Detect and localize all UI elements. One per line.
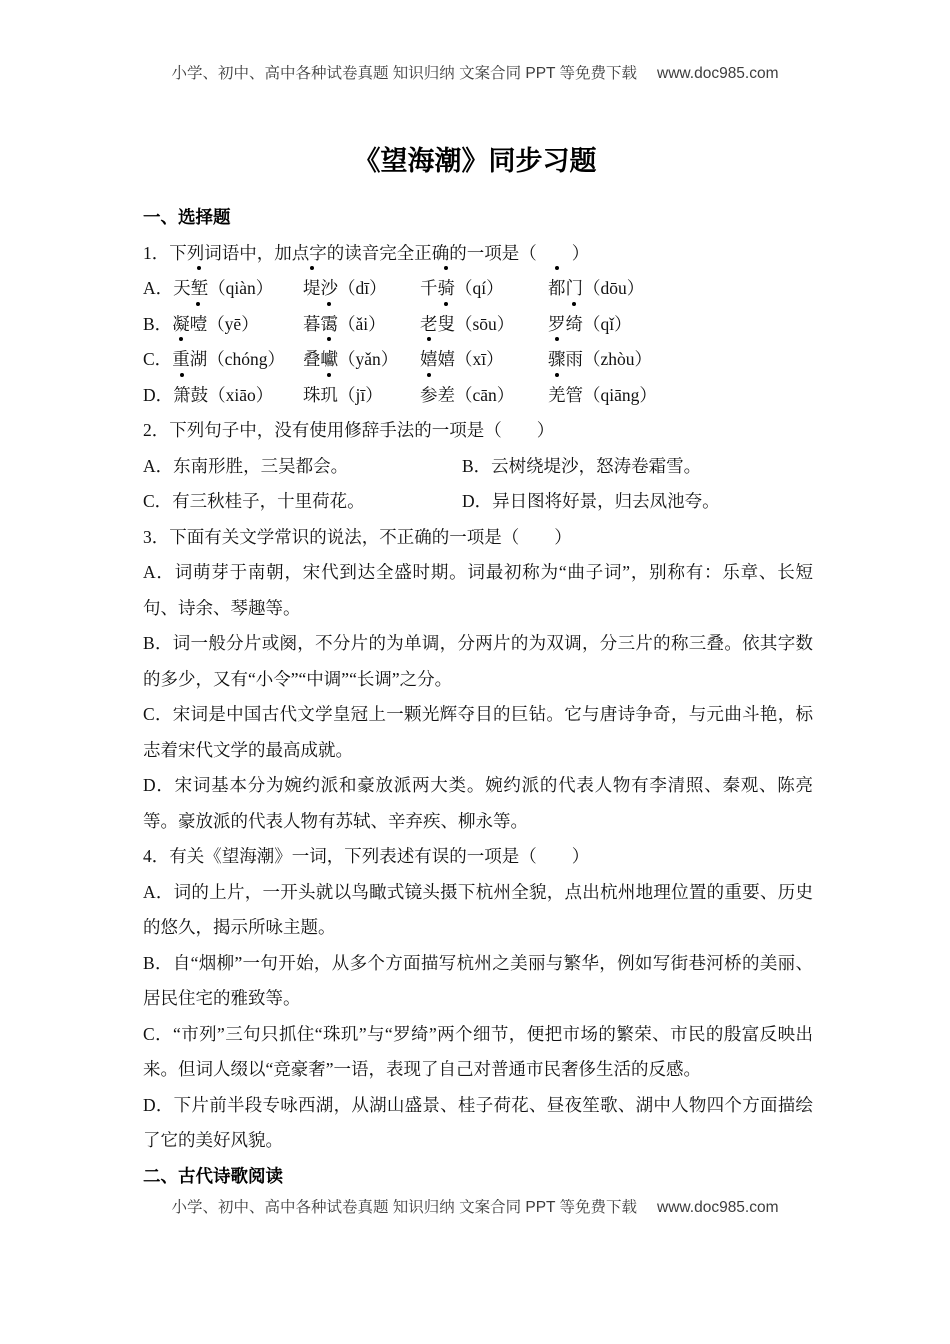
pinyin-word: 箫鼓（xiāo）	[173, 385, 273, 405]
pinyin-word: 珠玑（jī）	[303, 385, 383, 405]
option-cell: 骤雨（zhòu）	[548, 342, 813, 378]
doc-title: 《望海潮》同步习题	[0, 144, 950, 178]
pinyin-word: 堤沙（dī）	[303, 278, 387, 298]
option-cell: 暮霭（ǎi）	[303, 307, 420, 343]
pinyin-reading: （cān）	[455, 385, 514, 405]
dotted-char: 箫	[173, 378, 191, 414]
pinyin-word: 羌管（qiāng）	[548, 385, 657, 405]
doc-content: 一、选择题1．下列词语中，加点字的读音完全正确的一项是（ ）A．天堑（qiàn）…	[143, 200, 813, 1194]
plain-char: 鼓	[191, 385, 209, 405]
pinyin-word: 骤雨（zhòu）	[548, 349, 652, 369]
option-cell: 嬉嬉（xī）	[420, 342, 548, 378]
plain-char: 叠	[303, 349, 321, 369]
option-row: C．有三秋桂子，十里荷花。D．异日图将好景，归去凤池夸。	[143, 484, 813, 520]
question-stem: 3．下面有关文学常识的说法，不正确的一项是（ ）	[143, 520, 813, 556]
question-stem: 1．下列词语中，加点字的读音完全正确的一项是（ ）	[143, 236, 813, 272]
option-paragraph: C．“市列”三句只抓住“珠玑”与“罗绮”两个细节，便把市场的繁荣、市民的殷富反映…	[143, 1017, 813, 1088]
option-cell: A．东南形胜，三吴都会。	[143, 449, 462, 485]
pinyin-reading: （ǎi）	[338, 314, 386, 334]
plain-char: 湖	[190, 349, 208, 369]
pinyin-word: 千骑（qí）	[420, 278, 504, 298]
pinyin-word: 重湖（chóng）	[172, 349, 285, 369]
option-cell: D．箫鼓（xiāo）	[143, 378, 303, 414]
pinyin-word: 暮霭（ǎi）	[303, 314, 386, 334]
option-cell: 罗绮（qǐ）	[548, 307, 813, 343]
dotted-char: 羌	[548, 378, 566, 414]
header-site-link[interactable]: www.doc985.com	[657, 65, 778, 82]
pinyin-reading: （yē）	[207, 314, 259, 334]
page-footer: 小学、初中、高中各种试卷真题 知识归纳 文案合同 PPT 等免费下载www.do…	[0, 1198, 950, 1218]
plain-char: 门	[566, 278, 584, 298]
dotted-char: 都	[548, 271, 566, 307]
option-letter: D．	[143, 385, 173, 405]
pinyin-word: 罗绮（qǐ）	[548, 314, 632, 334]
header-promo-text: 小学、初中、高中各种试卷真题 知识归纳 文案合同 PPT 等免费下载	[171, 65, 637, 82]
pinyin-reading: （jī）	[338, 385, 383, 405]
pinyin-reading: （sōu）	[455, 314, 514, 334]
pinyin-reading: （qiàn）	[208, 278, 273, 298]
pinyin-reading: （yǎn）	[338, 349, 398, 369]
dotted-char: 玑	[321, 378, 339, 414]
option-letter: A．	[143, 278, 173, 298]
option-cell: 都门（dōu）	[548, 271, 813, 307]
plain-char: 雨	[566, 349, 584, 369]
pinyin-word: 天堑（qiàn）	[173, 278, 273, 298]
plain-char: 差	[438, 385, 456, 405]
dotted-char: 堑	[191, 271, 209, 307]
option-cell: 羌管（qiāng）	[548, 378, 813, 414]
option-cell: C．有三秋桂子，十里荷花。	[143, 484, 462, 520]
pinyin-reading: （chóng）	[207, 349, 285, 369]
option-paragraph: B．词一般分片或阕，不分片的为单调，分两片的为双调，分三片的称三叠。依其字数的多…	[143, 626, 813, 697]
option-cell: 堤沙（dī）	[303, 271, 420, 307]
option-paragraph: D．宋词基本分为婉约派和豪放派两大类。婉约派的代表人物有李清照、秦观、陈亮等。豪…	[143, 768, 813, 839]
pinyin-reading: （dī）	[338, 278, 387, 298]
plain-char: 天	[173, 278, 191, 298]
dotted-char: 噎	[190, 307, 208, 343]
dotted-char: 叟	[438, 307, 456, 343]
section-heading: 一、选择题	[143, 200, 813, 236]
pinyin-reading: （qí）	[455, 278, 504, 298]
question-stem: 2．下列句子中，没有使用修辞手法的一项是（ ）	[143, 413, 813, 449]
option-cell: A．天堑（qiàn）	[143, 271, 303, 307]
plain-char: 管	[566, 385, 584, 405]
pinyin-reading: （dōu）	[583, 278, 644, 298]
footer-promo-text: 小学、初中、高中各种试卷真题 知识归纳 文案合同 PPT 等免费下载	[171, 1199, 637, 1216]
document-page: { "header": { "promo": "小学、初中、高中各种试卷真题 知…	[0, 0, 950, 1344]
option-cell: B．凝噎（yē）	[143, 307, 303, 343]
option-cell: 千骑（qí）	[420, 271, 548, 307]
pinyin-reading: （qǐ）	[583, 314, 632, 334]
plain-char: 老	[420, 314, 438, 334]
question-stem: 4．有关《望海潮》一词，下列表述有误的一项是（ ）	[143, 839, 813, 875]
dotted-char: 堤	[303, 271, 321, 307]
pinyin-word: 老叟（sōu）	[420, 314, 514, 334]
pinyin-word: 凝噎（yē）	[172, 314, 259, 334]
dotted-char: 参	[420, 378, 438, 414]
option-paragraph: A．词的上片，一开头就以鸟瞰式镜头摄下杭州全貌，点出杭州地理位置的重要、历史的悠…	[143, 875, 813, 946]
pinyin-word: 叠巘（yǎn）	[303, 349, 398, 369]
option-row: A．天堑（qiàn）堤沙（dī）千骑（qí）都门（dōu）	[143, 271, 813, 307]
option-row: C．重湖（chóng）叠巘（yǎn）嬉嬉（xī）骤雨（zhòu）	[143, 342, 813, 378]
option-letter: B．	[143, 314, 172, 334]
plain-char: 千	[420, 278, 438, 298]
page-header: 小学、初中、高中各种试卷真题 知识归纳 文案合同 PPT 等免费下载www.do…	[0, 0, 950, 84]
option-cell: 参差（cān）	[420, 378, 548, 414]
option-paragraph: A．词萌芽于南朝，宋代到达全盛时期。词最初称为“曲子词”，别称有：乐章、长短句、…	[143, 555, 813, 626]
pinyin-word: 都门（dōu）	[548, 278, 644, 298]
option-cell: 珠玑（jī）	[303, 378, 420, 414]
option-row: A．东南形胜，三吴都会。B．云树绕堤沙，怒涛卷霜雪。	[143, 449, 813, 485]
pinyin-reading: （qiāng）	[583, 385, 657, 405]
plain-char: 暮	[303, 314, 321, 334]
option-paragraph: D．下片前半段专咏西湖，从湖山盛景、桂子荷花、昼夜笙歌、湖中人物四个方面描绘了它…	[143, 1088, 813, 1159]
pinyin-reading: （xī）	[455, 349, 504, 369]
pinyin-word: 嬉嬉（xī）	[420, 349, 504, 369]
option-cell: C．重湖（chóng）	[143, 342, 303, 378]
plain-char: 罗	[548, 314, 566, 334]
pinyin-word: 参差（cān）	[420, 385, 514, 405]
pinyin-reading: （zhòu）	[583, 349, 652, 369]
footer-site-link[interactable]: www.doc985.com	[657, 1199, 778, 1216]
dotted-char: 绮	[566, 307, 584, 343]
option-cell: 老叟（sōu）	[420, 307, 548, 343]
pinyin-reading: （xiāo）	[208, 385, 273, 405]
option-paragraph: C．宋词是中国古代文学皇冠上一颗光辉夺目的巨钻。它与唐诗争奇，与元曲斗艳，标志着…	[143, 697, 813, 768]
plain-char: 珠	[303, 385, 321, 405]
section-heading: 二、古代诗歌阅读	[143, 1159, 813, 1195]
option-cell: B．云树绕堤沙，怒涛卷霜雪。	[462, 449, 813, 485]
option-cell: D．异日图将好景，归去凤池夸。	[462, 484, 813, 520]
plain-char: 沙	[321, 278, 339, 298]
option-paragraph: B．自“烟柳”一句开始，从多个方面描写杭州之美丽与繁华，例如写街巷河桥的美丽、居…	[143, 946, 813, 1017]
option-cell: 叠巘（yǎn）	[303, 342, 420, 378]
plain-char: 凝	[172, 314, 190, 334]
option-row: B．凝噎（yē）暮霭（ǎi）老叟（sōu）罗绮（qǐ）	[143, 307, 813, 343]
option-row: D．箫鼓（xiāo）珠玑（jī）参差（cān）羌管（qiāng）	[143, 378, 813, 414]
option-letter: C．	[143, 349, 172, 369]
plain-char: 嬉	[438, 349, 456, 369]
